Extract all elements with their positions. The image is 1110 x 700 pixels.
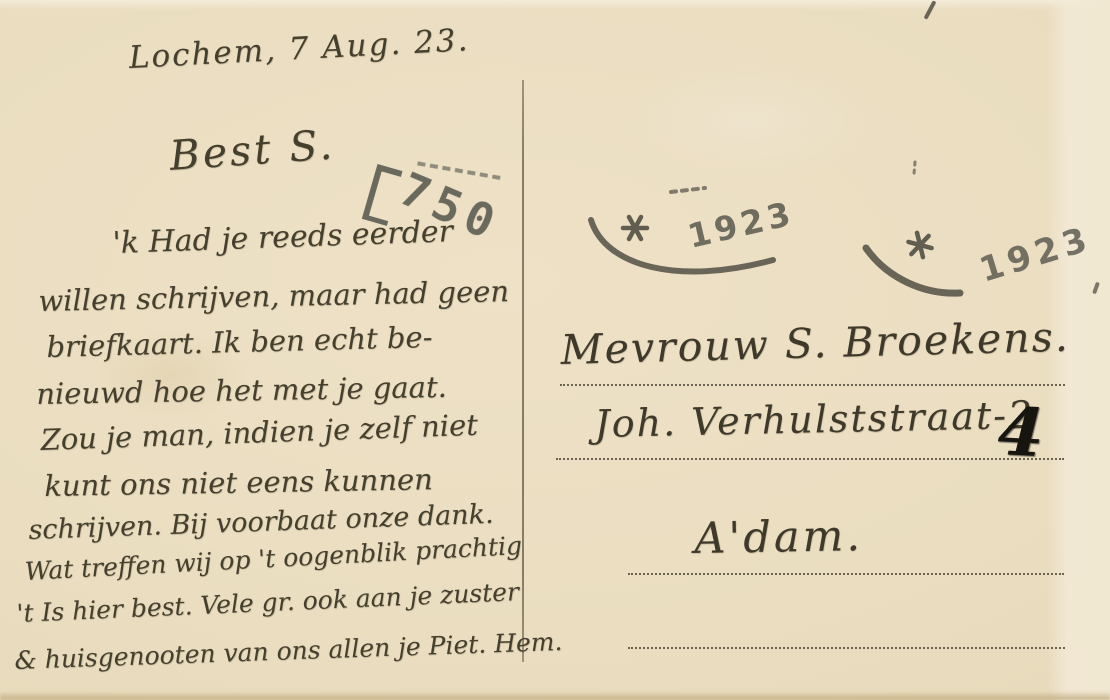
postmark-year: 1923 [975, 219, 1087, 291]
message-line: 't Is hier best. Vele gr. ook aan je zus… [16, 577, 520, 628]
address-city: A'dam. [694, 511, 863, 564]
control-number-stamp: 750 [346, 139, 540, 292]
message-line: briefkaart. Ik ben echt be- [46, 320, 433, 364]
address-street-number-correction: 4 [996, 392, 1046, 472]
paper-stain [620, 60, 880, 180]
stamp-bracket-icon [362, 164, 403, 226]
postmark-star-icon [623, 217, 647, 239]
scan-edge-bottom [0, 691, 1110, 700]
postmark-star-icon [906, 231, 935, 258]
address-dotted-line-3 [628, 573, 1064, 575]
message-line: nieuwd hoe het met je gaat. [36, 370, 447, 411]
postmark-right: 1923 [852, 150, 1087, 305]
postmark-left: 1923 [583, 178, 808, 296]
address-recipient: Mevrouw S. Broekens. [560, 313, 1070, 374]
postcard-back: Lochem, 7 Aug. 23. Best S. 'k Had je ree… [0, 0, 1110, 700]
message-line: willen schrijven, maar had geen [38, 274, 509, 318]
address-dotted-line-2 [556, 458, 1064, 460]
address-dotted-line-4 [628, 647, 1065, 649]
message-line: Zou je man, indien je zelf niet [40, 408, 478, 457]
stray-ink-mark [924, 0, 937, 20]
message-salutation: Best S. [168, 120, 337, 179]
address-street: Joh. Verhulststraat-2 [594, 393, 1035, 446]
message-dateline: Lochem, 7 Aug. 23. [128, 22, 470, 76]
postmark-dash [671, 188, 705, 192]
postmark-year: 1923 [684, 194, 798, 256]
message-line: & huisgenooten van ons allen je Piet. He… [14, 627, 563, 675]
scan-edge-top [0, 0, 1110, 10]
card-divider-line [522, 80, 524, 662]
address-dotted-line-1 [560, 384, 1065, 386]
message-line: kunt ons niet eens kunnen [44, 462, 433, 503]
postmark-dot [914, 162, 915, 174]
